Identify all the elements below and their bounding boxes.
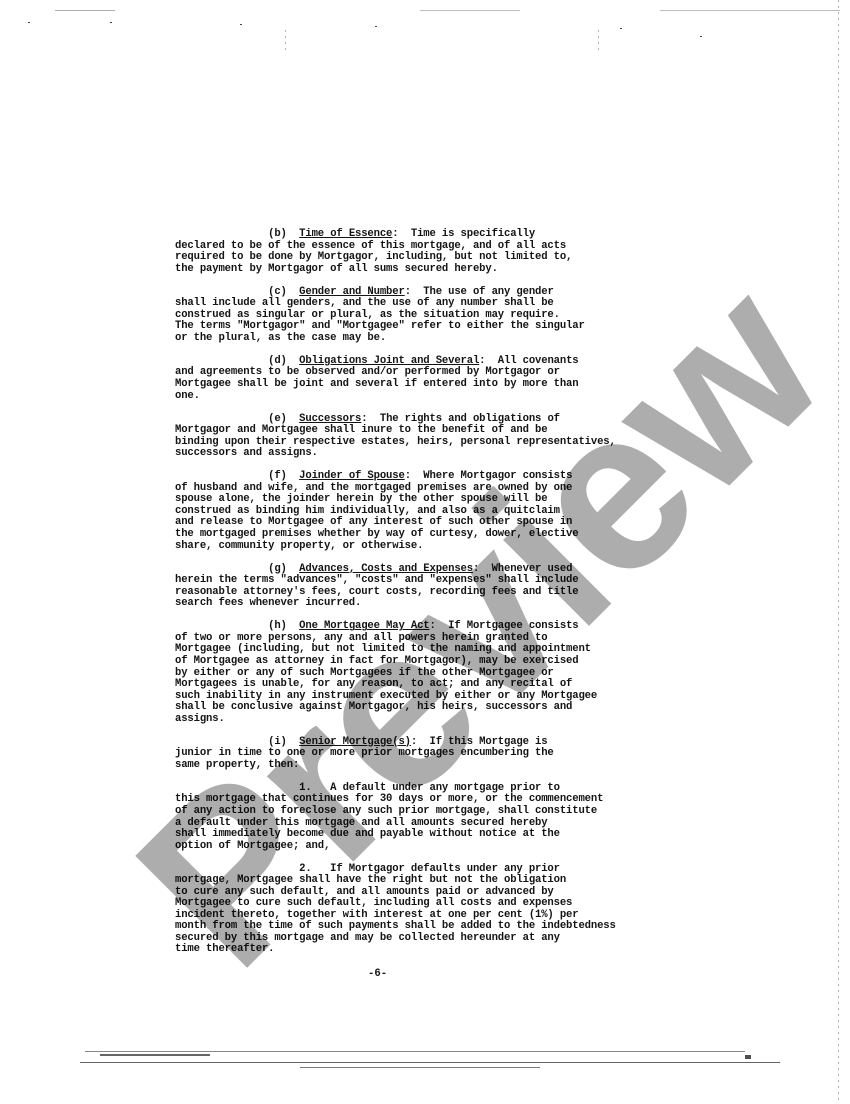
scan-artifact [420,10,520,11]
scan-artifact [700,36,702,37]
scan-artifact [28,22,30,23]
scan-artifact [285,30,286,50]
paragraph-heading: Joinder of Spouse [299,470,405,482]
paragraph-heading: Time of Essence [299,228,392,240]
scan-artifact [80,1062,780,1063]
scan-artifact [598,30,599,50]
paragraph-first-line: (b) Time of Essence: Time is specificall… [175,229,675,241]
scan-artifact [660,10,840,11]
scan-artifact [240,24,242,25]
scan-artifact [55,10,115,11]
scan-artifact [85,1051,745,1052]
page-number: -6- [368,968,387,980]
paragraph-heading: Successors [299,413,361,425]
scan-artifact [838,0,839,1100]
scan-artifact [745,1055,751,1059]
scan-artifact [100,1054,210,1056]
paragraph-heading: Gender and Number [299,286,405,298]
document-page: (b) Time of Essence: Time is specificall… [0,0,850,1104]
paragraph-heading: Obligations Joint and Several [299,355,479,367]
paragraph-line: the payment by Mortgagor of all sums sec… [175,264,675,276]
scan-artifact [300,1067,540,1068]
paragraph-b: (b) Time of Essence: Time is specificall… [175,229,675,275]
scan-artifact [375,26,377,27]
scan-artifact [620,28,622,29]
paragraph-line: required to be done by Mortgagor, includ… [175,252,675,264]
scan-artifact [110,22,112,23]
